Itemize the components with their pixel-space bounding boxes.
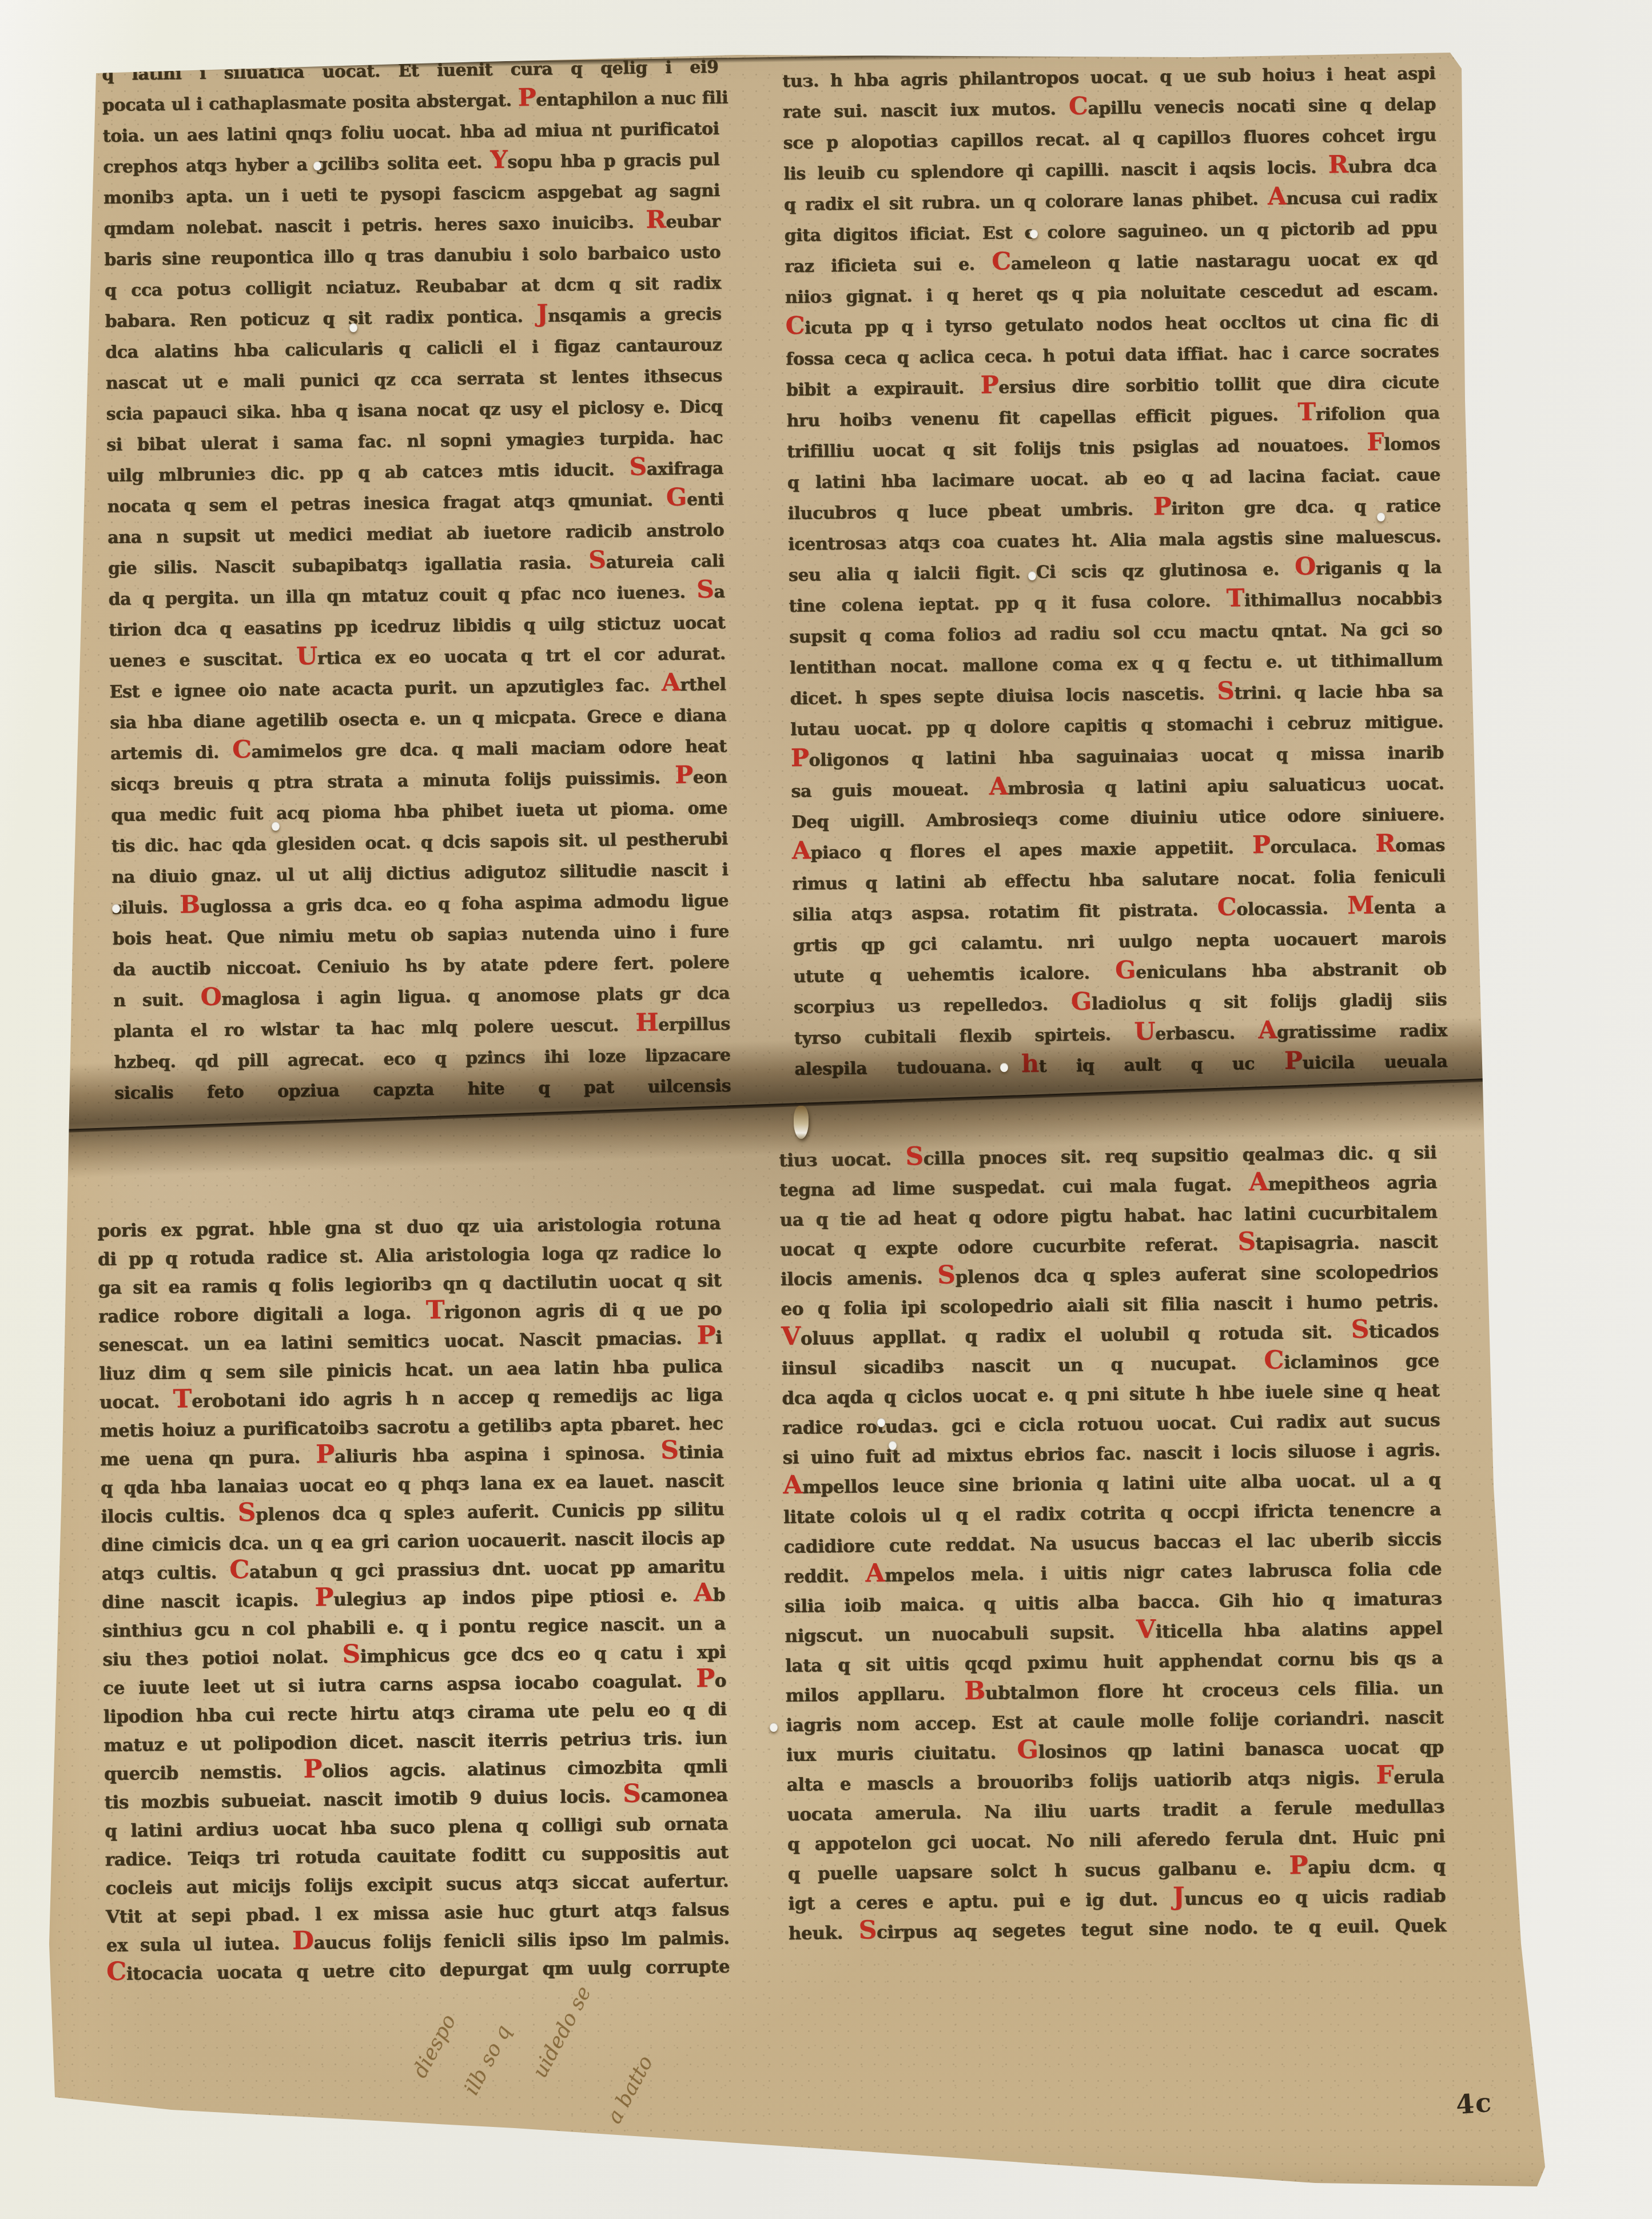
- rubric-initial: C: [106, 1957, 126, 1986]
- rubric-initial: P: [675, 760, 693, 789]
- rubric-initial: P: [1289, 1851, 1308, 1880]
- rubric-initial: G: [1071, 987, 1092, 1016]
- rubric-initial: S: [623, 1779, 641, 1808]
- folio-number: 4c: [1455, 2087, 1494, 2120]
- rubric-initial: V: [781, 1322, 801, 1351]
- rubric-initial: P: [316, 1440, 335, 1469]
- rubric-initial: S: [937, 1260, 956, 1289]
- rubric-initial: S: [1351, 1314, 1369, 1344]
- rubric-initial: H: [635, 1008, 658, 1037]
- rubric-initial: P: [980, 371, 998, 399]
- rubric-initial: A: [1268, 182, 1287, 210]
- pinhole: [889, 1441, 897, 1450]
- rubric-initial: G: [666, 483, 687, 512]
- pinhole: [313, 161, 321, 170]
- pen-trial-scribble: a batto: [603, 2052, 658, 2128]
- rubric-initial: A: [989, 772, 1008, 800]
- rubric-initial: M: [1347, 891, 1374, 920]
- pinhole: [877, 1418, 885, 1427]
- rubric-initial: S: [588, 545, 606, 574]
- rubric-initial: P: [1153, 492, 1171, 521]
- rubric-initial: B: [180, 890, 200, 919]
- rubric-initial: P: [790, 744, 809, 772]
- rubric-initial: J: [1172, 1882, 1184, 1911]
- rubric-initial: A: [1248, 1168, 1268, 1197]
- rubric-initial: S: [1237, 1227, 1256, 1256]
- rubric-initial: D: [292, 1926, 314, 1955]
- text-column-left-upper: q latini i siluatica uocat. Et iuenit cu…: [102, 52, 731, 1109]
- rubric-initial: F: [1376, 1760, 1394, 1790]
- parchment-flaw: [794, 1106, 809, 1139]
- rubric-initial: Y: [490, 145, 508, 174]
- rubric-initial: R: [646, 205, 666, 234]
- pinhole: [1377, 512, 1385, 521]
- rubric-initial: S: [660, 1436, 679, 1465]
- rubric-initial: P: [696, 1664, 715, 1693]
- rubric-initial: C: [232, 735, 252, 764]
- rubric-initial: A: [661, 668, 680, 697]
- rubric-initial: S: [696, 575, 714, 604]
- rubric-initial: U: [296, 642, 317, 670]
- pen-trial-scribble: ilb so q: [460, 2021, 516, 2099]
- pinhole: [272, 822, 280, 831]
- rubric-initial: R: [1375, 829, 1396, 858]
- rubric-initial: S: [237, 1498, 256, 1527]
- rubric-initial: J: [536, 300, 548, 328]
- rubric-initial: B: [964, 1676, 985, 1706]
- pinhole: [112, 904, 120, 913]
- rubric-initial: C: [785, 312, 805, 340]
- rubric-initial: F: [1367, 428, 1384, 456]
- rubric-initial: S: [342, 1639, 360, 1668]
- pinhole: [1030, 229, 1038, 238]
- text-column-left-lower: poris ex pgrat. hble gna st duo qz uia a…: [97, 1209, 730, 1989]
- rubric-initial: S: [629, 452, 647, 481]
- rubric-initial: V: [1136, 1615, 1156, 1644]
- rubric-initial: T: [425, 1296, 444, 1325]
- rubric-initial: P: [303, 1754, 322, 1783]
- rubric-initial: C: [992, 247, 1011, 276]
- pinhole: [1000, 1063, 1008, 1072]
- rubric-initial: C: [1069, 91, 1088, 120]
- rubric-initial: C: [229, 1555, 249, 1584]
- rubric-initial: P: [518, 83, 536, 112]
- rubric-initial: P: [696, 1321, 715, 1350]
- rubric-initial: A: [865, 1559, 885, 1588]
- pinhole: [349, 323, 357, 332]
- rubric-initial: S: [858, 1915, 877, 1945]
- rubric-initial: T: [1297, 398, 1316, 427]
- pinhole: [770, 1723, 778, 1732]
- rubric-initial: P: [315, 1583, 333, 1612]
- pen-trial-scribble: uidedo se: [528, 1982, 596, 2082]
- rubric-initial: P: [1252, 831, 1270, 859]
- rubric-initial: C: [1217, 893, 1236, 921]
- text-column-right-lower: tiuз uocat. Scilla pnoces sit. req supsi…: [779, 1138, 1446, 1949]
- rubric-initial: G: [1017, 1735, 1038, 1764]
- rubric-initial: R: [1328, 150, 1348, 179]
- rubric-initial: O: [200, 983, 221, 1011]
- manuscript-leaf: q latini i siluatica uocat. Et iuenit cu…: [0, 0, 1652, 2219]
- rubric-initial: A: [694, 1578, 713, 1607]
- pen-trial-scribble: diespo: [408, 2011, 461, 2082]
- text-column-right-upper: tuз. h hba agris philantropos uocat. q u…: [782, 58, 1448, 1085]
- pinhole: [1028, 571, 1036, 580]
- rubric-initial: C: [1264, 1345, 1284, 1375]
- rubric-initial: A: [783, 1471, 802, 1500]
- rubric-initial: T: [1226, 584, 1244, 612]
- rubric-initial: S: [1217, 676, 1235, 705]
- rubric-initial: G: [1115, 956, 1136, 985]
- rubric-initial: A: [791, 836, 810, 865]
- rubric-initial: O: [1295, 552, 1316, 581]
- rubric-initial: T: [173, 1384, 192, 1413]
